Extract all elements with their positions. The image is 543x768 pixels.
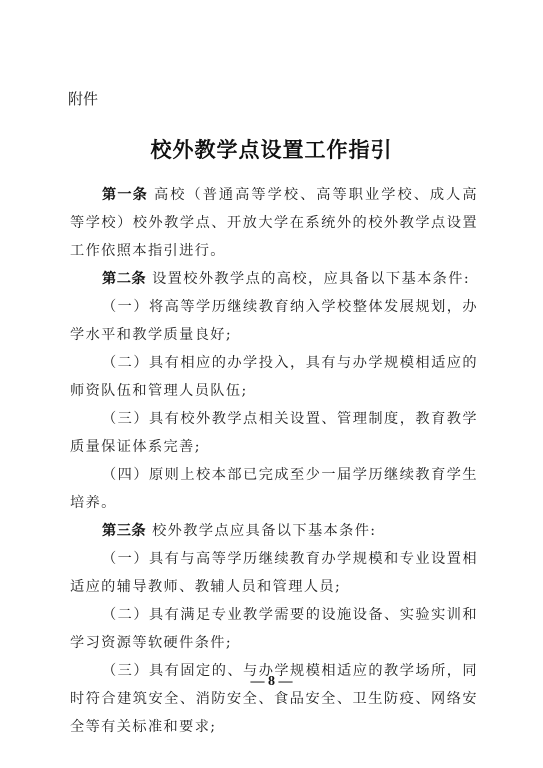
paragraph-text: （二）具有相应的办学投入，具有与办学规模相适应的师资队伍和管理人员队伍; [70, 355, 478, 399]
article-1-paragraph: 第一条高校（普通高等学校、高等职业学校、成人高等学校）校外教学点、开放大学在系统… [70, 181, 478, 265]
article-3-item-1: （一）具有与高等学历继续教育办学规模和专业设置相适应的辅导教师、教辅人员和管理人… [70, 545, 478, 601]
article-2-item-4: （四）原则上校本部已完成至少一届学历继续教育学生培养。 [70, 461, 478, 517]
article-3-item-2: （二）具有满足专业教学需要的设施设备、实验实训和学习资源等软硬件条件; [70, 601, 478, 657]
page-number: — 8 — [0, 674, 543, 690]
article-2-paragraph: 第二条设置校外教学点的高校，应具备以下基本条件: [70, 265, 478, 293]
document-title: 校外教学点设置工作指引 [0, 134, 543, 164]
article-3-paragraph: 第三条校外教学点应具备以下基本条件: [70, 517, 478, 545]
document-body: 第一条高校（普通高等学校、高等职业学校、成人高等学校）校外教学点、开放大学在系统… [70, 181, 478, 741]
article-heading: 第三条 [102, 523, 146, 539]
article-2-item-1: （一）将高等学历继续教育纳入学校整体发展规划，办学水平和教学质量良好; [70, 293, 478, 349]
paragraph-text: 设置校外教学点的高校，应具备以下基本条件: [152, 271, 470, 287]
article-heading: 第二条 [102, 271, 146, 287]
paragraph-text: （二）具有满足专业教学需要的设施设备、实验实训和学习资源等软硬件条件; [70, 607, 478, 651]
article-heading: 第一条 [102, 187, 148, 203]
paragraph-text: 校外教学点应具备以下基本条件: [152, 523, 376, 539]
document-page: 附件 校外教学点设置工作指引 第一条高校（普通高等学校、高等职业学校、成人高等学… [0, 0, 543, 768]
paragraph-text: （四）原则上校本部已完成至少一届学历继续教育学生培养。 [70, 467, 478, 511]
paragraph-text: （三）具有校外教学点相关设置、管理制度，教育教学质量保证体系完善; [70, 411, 478, 455]
paragraph-text: （一）具有与高等学历继续教育办学规模和专业设置相适应的辅导教师、教辅人员和管理人… [70, 551, 478, 595]
paragraph-text: （一）将高等学历继续教育纳入学校整体发展规划，办学水平和教学质量良好; [70, 299, 478, 343]
article-3-item-3: （三）具有固定的、与办学规模相适应的教学场所，同时符合建筑安全、消防安全、食品安… [70, 657, 478, 741]
attachment-label: 附件 [68, 88, 98, 109]
article-2-item-3: （三）具有校外教学点相关设置、管理制度，教育教学质量保证体系完善; [70, 405, 478, 461]
article-2-item-2: （二）具有相应的办学投入，具有与办学规模相适应的师资队伍和管理人员队伍; [70, 349, 478, 405]
